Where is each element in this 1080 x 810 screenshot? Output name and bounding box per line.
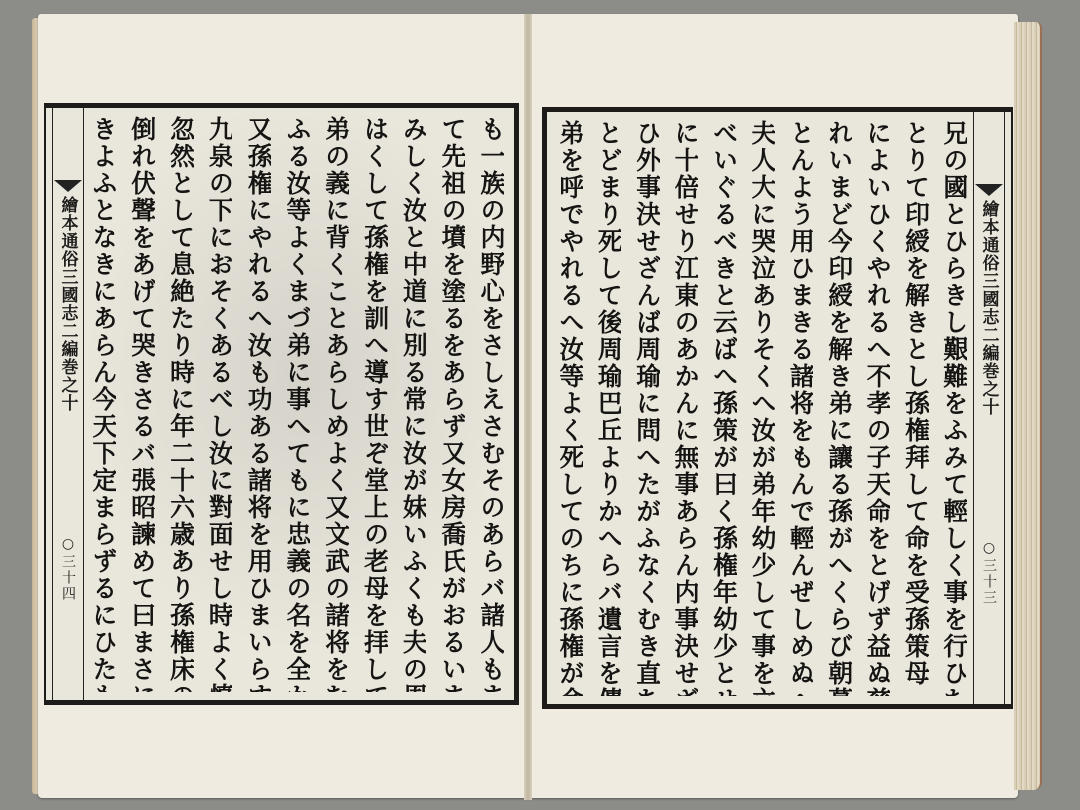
text-column: によいひくやれるへ不孝の子天命をとげず益ぬ慈母に事るあ xyxy=(864,120,890,696)
text-column: みしく汝と中道に別る常に汝が妹いふくも夫の周瑜ある兄 xyxy=(400,116,426,692)
left-margin-column: 繪本通俗三國志二編巻之十 ○三十四 xyxy=(52,108,84,700)
left-running-title: 繪本通俗三國志二編巻之十 xyxy=(56,196,81,412)
text-column: 又孫権にやれるへ汝も功ある諸将を用ひまいらすべき黽勉 xyxy=(245,116,271,692)
text-column: きよふとなきにあらん今天下定まらずるにひたもる哭さ哀ん xyxy=(90,116,116,692)
book-gutter xyxy=(524,14,532,800)
text-column: 兄の國とひらきし艱難をふみて輕しく事を行ひたるありき xyxy=(941,120,967,696)
text-column: 夫人大に哭泣ありそくへ汝が弟年幼少して事を立るあたは xyxy=(749,120,775,696)
text-column: も一族の内野心をさしえさむそのあらバ諸人もまつ事を誅し xyxy=(478,116,504,692)
stacked-page-edges xyxy=(1014,22,1042,790)
right-page-number: ○三十三 xyxy=(979,540,999,606)
text-column: 弟を呼でやれるへ汝等よく死してのちに孫権が命に志たがへ xyxy=(557,120,583,696)
left-text-frame: 繪本通俗三國志二編巻之十 ○三十四 も一族の内野心をさしえさむそのあらバ諸人もま… xyxy=(44,103,519,705)
fishtail-mark-icon xyxy=(975,184,1003,196)
text-column: 倒れ伏聲をあげて哭きさるバ張昭諫めて曰まさに君の哭 xyxy=(129,116,155,692)
text-column: ふる汝等よくまづ弟に事へてもに忠義の名を全からせよと xyxy=(284,116,310,692)
text-column: べいぐるべきと云ばへ孫策が曰く孫権年幼少とせども其 xyxy=(711,120,737,696)
right-running-title: 繪本通俗三國志二編巻之十 xyxy=(977,200,1002,416)
right-text-body: 兄の國とひらきし艱難をふみて輕しく事を行ひたるありき とりて印綬を解きとし孫権拜… xyxy=(557,120,967,696)
text-column: て先祖の墳を塗るをあらず又女房喬氏がおるいまだ不幸 xyxy=(439,116,465,692)
left-text-body: も一族の内野心をさしえさむそのあらバ諸人もまつ事を誅し て先祖の墳を塗るをあらず… xyxy=(90,116,504,692)
text-column: に十倍せり江東のあかんに無事あらん内事決せざれバ張昭に問 xyxy=(672,120,698,696)
text-column: はくして孫権を訓へ導す世ぞ堂上の老母を拝して孝をなせよと xyxy=(362,116,388,692)
right-margin-column: 繪本通俗三國志二編巻之十 ○三十三 xyxy=(973,112,1005,704)
text-column: とりて印綬を解きとし孫権拜して命を受孫策母 xyxy=(903,120,929,696)
text-column: とんよう用ひまきる諸将をもんで輕んぜしめぬへべからず呉 xyxy=(787,120,813,696)
left-page-number: ○三十四 xyxy=(58,536,78,602)
right-text-frame: 兄の國とひらきし艱難をふみて輕しく事を行ひたるありき とりて印綬を解きとし孫権拜… xyxy=(542,107,1013,709)
text-column: ひ外事決せざんば周瑜に問へたがふなくむき直ちに其事を云すま xyxy=(634,120,660,696)
text-column: れいまど今印綬を解き弟に讓る孫がへくらび朝暮訓へ導きて父の xyxy=(826,120,852,696)
text-column: 弟の義に背くことあらしめよく又文武の諸将をむつびて xyxy=(323,116,349,692)
text-column: とどまり死して後周瑜巴丘よりかへらバ遺言を傳へよ又諸の xyxy=(595,120,621,696)
open-book: 繪本通俗三國志二編巻之十 ○三十四 も一族の内野心をさしえさむそのあらバ諸人もま… xyxy=(0,0,1080,810)
text-column: 忽然として息絶たり時に年二十六歳あり孫権床のまへに xyxy=(168,116,194,692)
fishtail-mark-icon xyxy=(54,180,82,192)
text-column: 九泉の下におそくあるべし汝に對面せし時よく慎めと云置て xyxy=(206,116,232,692)
